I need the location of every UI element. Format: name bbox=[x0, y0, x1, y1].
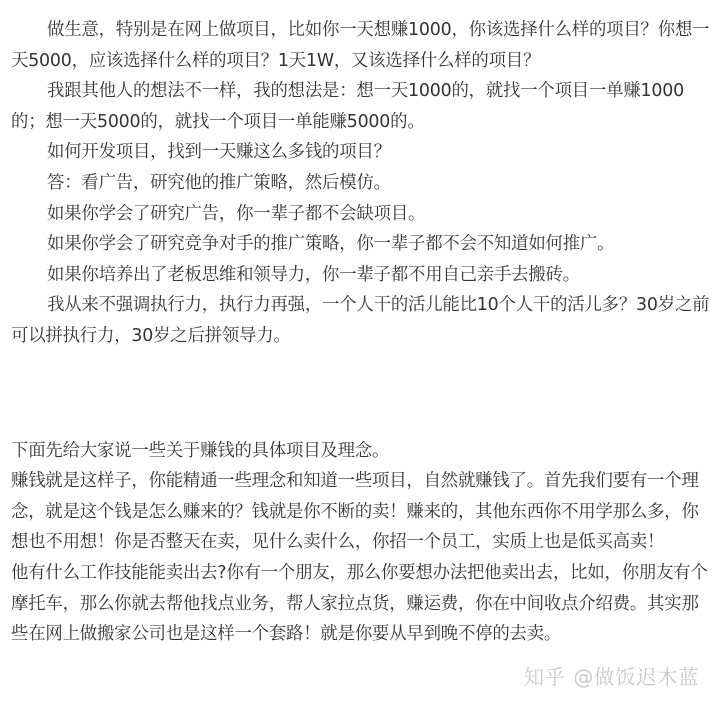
paragraph: 答：看广告，研究他的推广策略，然后模仿。 bbox=[11, 168, 713, 199]
paragraph: 赚钱就是这样子，你能精通一些理念和知道一些项目，自然就赚钱了。首先我们要有一个理… bbox=[11, 466, 713, 558]
paragraph: 我从来不强调执行力，执行力再强，一个人干的活儿能比10个人干的活儿多？30岁之前… bbox=[11, 290, 713, 351]
paragraph: 下面先给大家说一些关于赚钱的具体项目及理念。 bbox=[11, 436, 713, 467]
paragraph: 如果你学会了研究竞争对手的推广策略，你一辈子都不会不知道如何推广。 bbox=[11, 229, 713, 260]
paragraph: 他有什么工作技能能卖出去?你有一个朋友，那么你要想办法把他卖出去，比如，你朋友有… bbox=[11, 558, 713, 650]
zhihu-watermark: 知乎 @做饭迟木蓝 bbox=[524, 661, 699, 690]
paragraph: 我跟其他人的想法不一样，我的想法是：想一天1000的，就找一个项目一单赚1000… bbox=[11, 76, 713, 137]
article-body: 做生意，特别是在网上做项目，比如你一天想赚1000，你该选择什么样的项目？你想一… bbox=[11, 15, 713, 650]
paragraph: 如何开发项目，找到一天赚这么多钱的项目？ bbox=[11, 137, 713, 168]
paragraph: 如果你培养出了老板思维和领导力，你一辈子都不用自己亲手去搬砖。 bbox=[11, 260, 713, 291]
paragraph: 如果你学会了研究广告，你一辈子都不会缺项目。 bbox=[11, 199, 713, 230]
section-spacer bbox=[11, 352, 713, 436]
paragraph: 做生意，特别是在网上做项目，比如你一天想赚1000，你该选择什么样的项目？你想一… bbox=[11, 15, 713, 76]
